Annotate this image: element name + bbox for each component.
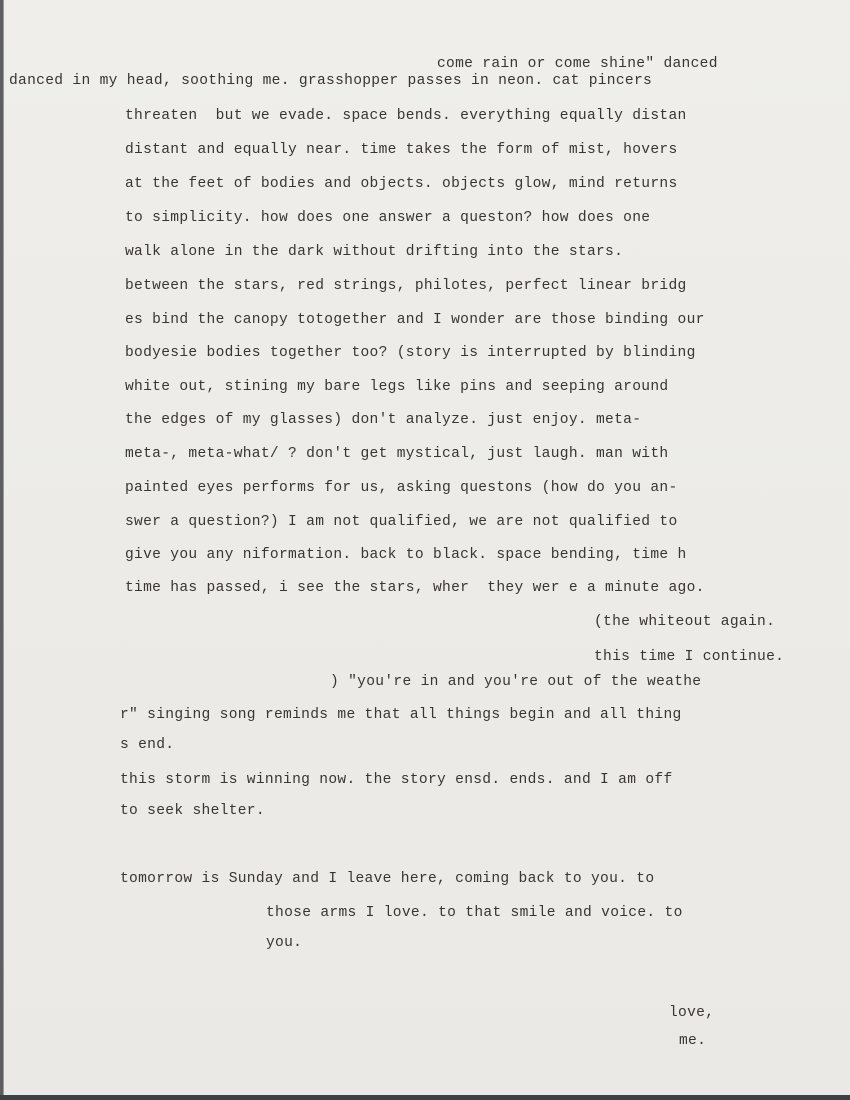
text-line: bodyesie bodies together too? (story is … (125, 346, 696, 361)
text-line: to seek shelter. (120, 804, 265, 819)
text-line: r" singing song reminds me that all thin… (120, 708, 682, 723)
text-line: swer a question?) I am not qualified, we… (125, 515, 678, 530)
text-line: threaten but we evade. space bends. ever… (125, 109, 687, 124)
text-line: time has passed, i see the stars, wher t… (125, 581, 705, 596)
signoff-love: love, (669, 1006, 714, 1021)
text-line: tomorrow is Sunday and I leave here, com… (120, 872, 654, 887)
text-line: (the whiteout again. (594, 615, 775, 630)
text-line: come rain or come shine" danced (437, 57, 718, 72)
text-line: you. (266, 936, 302, 951)
text-line: painted eyes performs for us, asking que… (125, 481, 678, 496)
text-line: s end. (120, 738, 174, 753)
text-line: to simplicity. how does one answer a que… (125, 211, 650, 226)
text-line: the edges of my glasses) don't analyze. … (125, 413, 641, 428)
scan-edge-bottom (0, 1095, 850, 1100)
text-line: this storm is winning now. the story ens… (120, 773, 673, 788)
paper-page: come rain or come shine" danced danced i… (3, 0, 850, 1095)
text-line: this time I continue. (594, 650, 784, 665)
text-line: walk alone in the dark without drifting … (125, 245, 623, 260)
text-line: meta-, meta-what/ ? don't get mystical, … (125, 447, 668, 462)
signoff-me: me. (679, 1034, 706, 1049)
text-line: distant and equally near. time takes the… (125, 143, 678, 158)
text-line: ) "you're in and you're out of the weath… (330, 675, 701, 690)
text-line: danced in my head, soothing me. grasshop… (9, 74, 652, 89)
text-line: at the feet of bodies and objects. objec… (125, 177, 678, 192)
text-line: give you any niformation. back to black.… (125, 548, 687, 563)
text-line: es bind the canopy totogether and I wond… (125, 313, 705, 328)
text-line: between the stars, red strings, philotes… (125, 279, 687, 294)
text-line: those arms I love. to that smile and voi… (266, 906, 683, 921)
text-line: white out, stining my bare legs like pin… (125, 380, 668, 395)
